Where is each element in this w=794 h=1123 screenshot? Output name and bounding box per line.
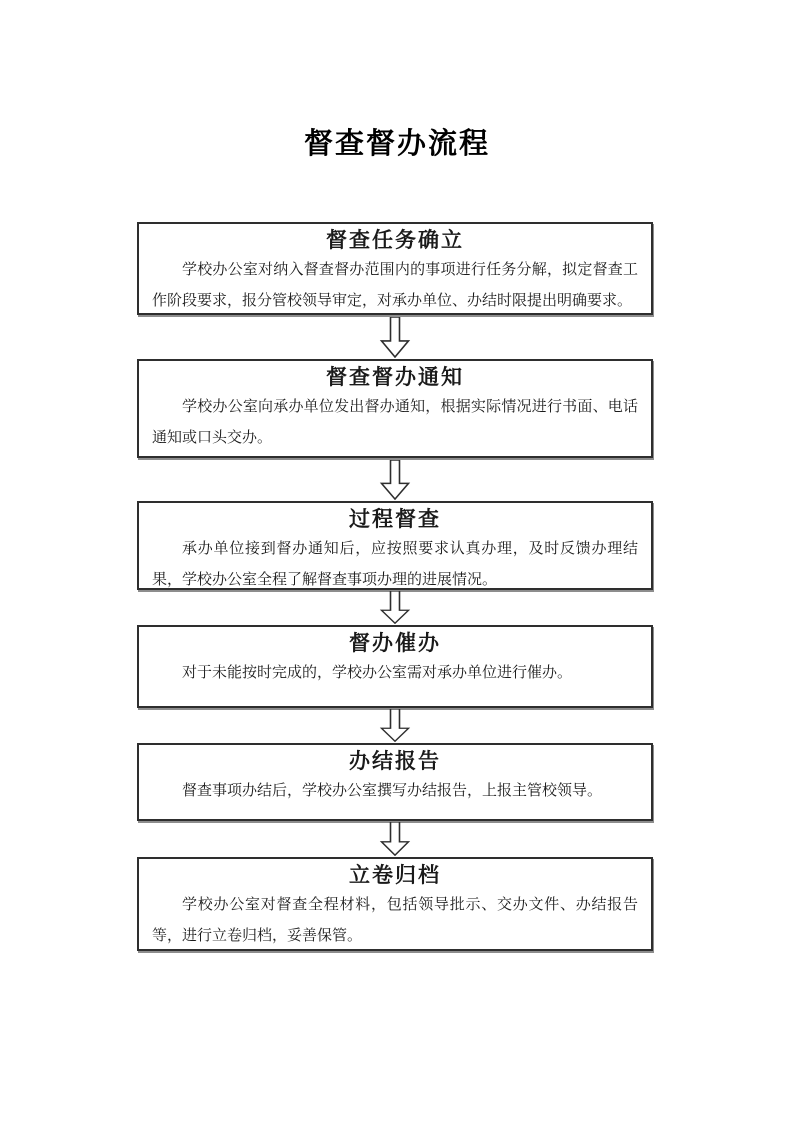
flow-step-box-5: 办结报告 督查事项办结后，学校办公室撰写办结报告，上报主管校领导。 — [137, 743, 653, 821]
step-title: 督查督办通知 — [139, 361, 651, 392]
flow-step-box-3: 过程督查 承办单位接到督办通知后，应按照要求认真办理，及时反馈办理结果，学校办公… — [137, 501, 653, 590]
step-body: 督查事项办结后，学校办公室撰写办结报告，上报主管校领导。 — [139, 776, 651, 807]
document-page: 督查督办流程 督查任务确立 学校办公室对纳入督查督办范围内的事项进行任务分解，拟… — [0, 0, 794, 1123]
flow-step-box-2: 督查督办通知 学校办公室向承办单位发出督办通知，根据实际情况进行书面、电话通知或… — [137, 359, 653, 458]
down-arrow-icon — [379, 460, 411, 500]
page-title: 督查督办流程 — [0, 121, 794, 162]
step-body: 学校办公室向承办单位发出督办通知，根据实际情况进行书面、电话通知或口头交办。 — [139, 392, 651, 454]
step-title: 督查任务确立 — [139, 224, 651, 255]
step-title: 督办催办 — [139, 627, 651, 658]
step-body: 对于未能按时完成的，学校办公室需对承办单位进行催办。 — [139, 658, 651, 689]
flow-step-box-1: 督查任务确立 学校办公室对纳入督查督办范围内的事项进行任务分解，拟定督查工作阶段… — [137, 222, 653, 315]
down-arrow-icon — [379, 822, 411, 856]
step-title: 办结报告 — [139, 745, 651, 776]
step-title: 过程督查 — [139, 503, 651, 534]
step-body: 学校办公室对纳入督查督办范围内的事项进行任务分解，拟定督查工作阶段要求，报分管校… — [139, 255, 651, 317]
step-title: 立卷归档 — [139, 859, 651, 890]
down-arrow-icon — [379, 317, 411, 358]
flow-step-box-6: 立卷归档 学校办公室对督查全程材料，包括领导批示、交办文件、办结报告等，进行立卷… — [137, 857, 653, 951]
down-arrow-icon — [379, 709, 411, 742]
step-body: 学校办公室对督查全程材料，包括领导批示、交办文件、办结报告等，进行立卷归档，妥善… — [139, 890, 651, 952]
down-arrow-icon — [379, 591, 411, 624]
flow-step-box-4: 督办催办 对于未能按时完成的，学校办公室需对承办单位进行催办。 — [137, 625, 653, 708]
step-body: 承办单位接到督办通知后，应按照要求认真办理，及时反馈办理结果，学校办公室全程了解… — [139, 534, 651, 596]
